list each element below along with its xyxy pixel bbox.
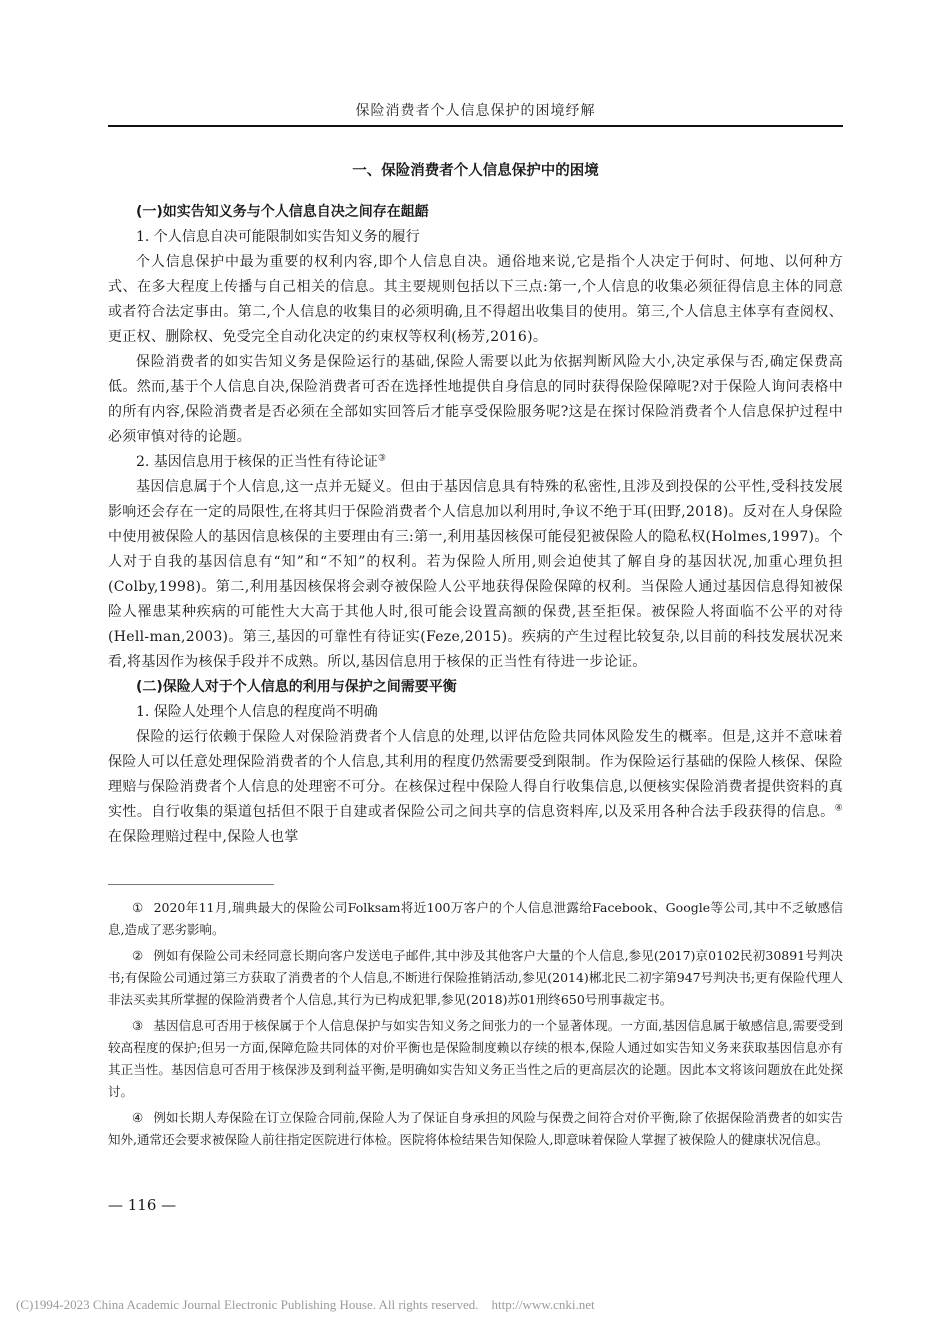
section-title: 一、保险消费者个人信息保护中的困境	[108, 158, 843, 184]
page-number: — 116 —	[108, 1196, 176, 1214]
footnote-ref-3[interactable]: ③	[378, 453, 386, 463]
footnote-separator	[108, 884, 274, 885]
subsection-heading-2: (二)保险人对于个人信息的利用与保护之间需要平衡	[108, 675, 843, 700]
subsubsection-heading-2-1: 1. 保险人处理个人信息的程度尚不明确	[108, 700, 843, 725]
footnote-text: 基因信息可否用于核保属于个人信息保护与如实告知义务之间张力的一个显著体现。一方面…	[108, 1018, 843, 1099]
footnote-mark: ③	[132, 1018, 143, 1033]
copyright-notice: (C)1994-2023 China Academic Journal Elec…	[16, 1297, 595, 1313]
footnote-mark: ①	[132, 900, 144, 915]
running-head: 保险消费者个人信息保护的困境纾解	[108, 100, 843, 120]
paragraph: 保险消费者的如实告知义务是保险运行的基础,保险人需要以此为依据判断风险大小,决定…	[108, 350, 843, 450]
header-rule	[108, 125, 843, 127]
subsubsection-heading-1-1: 1. 个人信息自决可能限制如实告知义务的履行	[108, 225, 843, 250]
paragraph-tail: 在保险理赔过程中,保险人也掌	[108, 829, 299, 845]
paragraph: 个人信息保护中最为重要的权利内容,即个人信息自决。通俗地来说,它是指个人决定于何…	[108, 250, 843, 350]
footnote-3: ③基因信息可否用于核保属于个人信息保护与如实告知义务之间张力的一个显著体现。一方…	[108, 1015, 843, 1103]
footnote-1: ①2020年11月,瑞典最大的保险公司Folksam将近100万客户的个人信息泄…	[108, 897, 843, 941]
footnote-text: 例如长期人寿保险在订立保险合同前,保险人为了保证自身承担的风险与保费之间符合对价…	[108, 1110, 843, 1147]
footnote-text: 2020年11月,瑞典最大的保险公司Folksam将近100万客户的个人信息泄露…	[108, 900, 843, 937]
footnote-text: 例如有保险公司未经同意长期向客户发送电子邮件,其中涉及其他客户大量的个人信息,参…	[108, 948, 843, 1007]
paragraph-text: 保险的运行依赖于保险人对保险消费者个人信息的处理,以评估危险共同体风险发生的概率…	[108, 729, 843, 820]
subsection-heading-1: (一)如实告知义务与个人信息自决之间存在龃龉	[108, 200, 843, 225]
footnote-mark: ②	[132, 948, 143, 963]
footnote-ref-4[interactable]: ④	[835, 803, 843, 813]
footnote-4: ④例如长期人寿保险在订立保险合同前,保险人为了保证自身承担的风险与保费之间符合对…	[108, 1107, 843, 1151]
heading-text: 2. 基因信息用于核保的正当性有待论证	[136, 454, 378, 470]
article-body: 一、保险消费者个人信息保护中的困境 (一)如实告知义务与个人信息自决之间存在龃龉…	[108, 158, 843, 850]
paragraph: 保险的运行依赖于保险人对保险消费者个人信息的处理,以评估危险共同体风险发生的概率…	[108, 725, 843, 850]
footnotes: ①2020年11月,瑞典最大的保险公司Folksam将近100万客户的个人信息泄…	[108, 897, 843, 1155]
footnote-mark: ④	[132, 1110, 143, 1125]
subsubsection-heading-1-2: 2. 基因信息用于核保的正当性有待论证③	[108, 450, 843, 475]
paragraph: 基因信息属于个人信息,这一点并无疑义。但由于基因信息具有特殊的私密性,且涉及到投…	[108, 475, 843, 675]
footnote-2: ②例如有保险公司未经同意长期向客户发送电子邮件,其中涉及其他客户大量的个人信息,…	[108, 945, 843, 1011]
